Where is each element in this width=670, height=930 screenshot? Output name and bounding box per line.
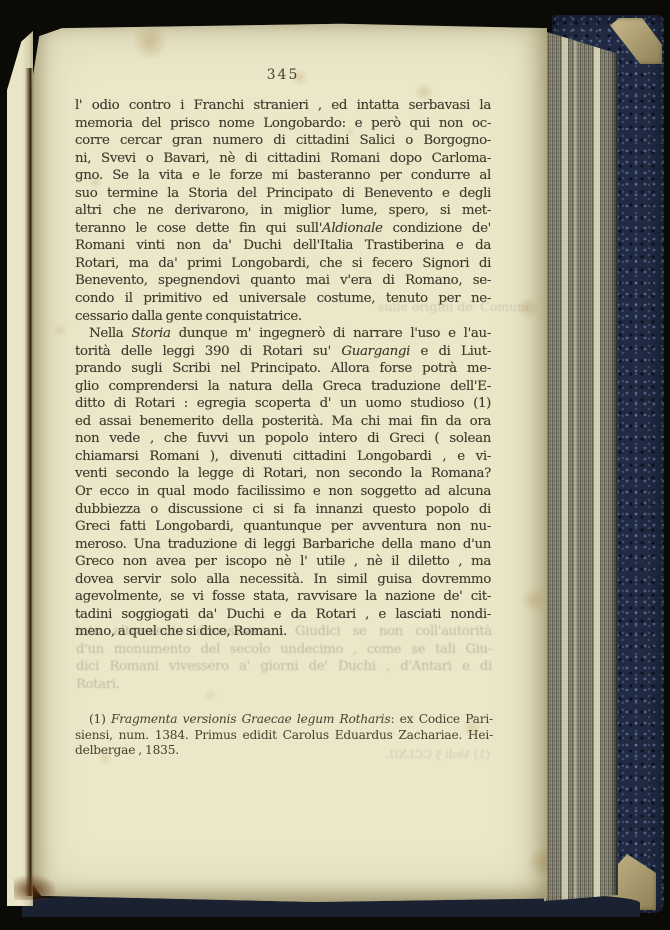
page-fore-edge-stack (544, 24, 618, 902)
text-line: Or ecco in qual modo facilissimo e non s… (75, 483, 491, 501)
text-line: venti secondo la legge di Rotari, non se… (75, 465, 491, 483)
text-line: Nella Storia dunque m' ingegnerò di narr… (75, 325, 491, 343)
text-line: gno. Se la vita e le forze mi basteranno… (75, 167, 491, 185)
text-line: meno, a quel che si dice, Romani. (75, 623, 491, 641)
book-photo: tato altramente dimostrare i Giudici se … (0, 0, 670, 930)
text-line: non vede , che fuvvi un popolo intero di… (75, 430, 491, 448)
text-line: siensi, num. 1384. Primus edidit Carolus… (75, 728, 493, 744)
text-line: glio comprendersi la natura della Greca … (75, 378, 491, 396)
text-line: memoria del prisco nome Longobardo: e pe… (75, 115, 491, 133)
text-line: Greci fatti Longobardi, quantunque per a… (75, 518, 491, 536)
text-line: Romani vinti non da' Duchi dell'Italia T… (75, 237, 491, 255)
text-line: Rotari, ma da' primi Longobardi, che si … (75, 255, 491, 273)
text-line: agevolmente, se vi fosse stata, ravvisar… (75, 588, 491, 606)
text-line: tadini soggiogati da' Duchi e da Rotari … (75, 606, 491, 624)
text-line: dubbiezza o discussione ci si fa innanzi… (75, 501, 491, 519)
text-line: d'un monumento del secolo undecimo , com… (76, 641, 492, 659)
text-line: l' odio contro i Franchi stranieri , ed … (75, 97, 491, 115)
text-line: cessario dalla gente conquistatrice. (75, 308, 491, 326)
text-line: ni, Svevi o Bavari, nè di cittadini Roma… (75, 150, 491, 168)
text-line: corre cercar gran numero di cittadini Sa… (75, 132, 491, 150)
text-line: torità delle leggi 390 di Rotari su' Gua… (75, 343, 491, 361)
text-line: Benevento, spegnendovi quanto mai v'era … (75, 272, 491, 290)
text-line: (1) Fragmenta versionis Graecae legum Ro… (75, 712, 493, 728)
text-line: chiamarsi Romani ), divenuti cittadini L… (75, 448, 491, 466)
text-line: prando sugli Scribi nel Principato. Allo… (75, 360, 491, 378)
page-number: 345 (75, 67, 491, 83)
book-gutter (25, 68, 35, 896)
footnote: (1) Fragmenta versionis Graecae legum Ro… (75, 712, 493, 759)
text-line: altri che ne derivarono, in miglior lume… (75, 202, 491, 220)
text-line: ditto di Rotari : egregia scoperta d' un… (75, 395, 491, 413)
text-line: meroso. Una traduzione di leggi Barbaric… (75, 536, 491, 554)
text-line: suo termine la Storia del Principato di … (75, 185, 491, 203)
text-line: ed assai benemerito della posterità. Ma … (75, 413, 491, 431)
body-text: l' odio contro i Franchi stranieri , ed … (75, 97, 491, 641)
text-line: delbergae , 1835. (75, 743, 493, 759)
text-line: Greco non avea per iscopo nè l' utile , … (75, 553, 491, 571)
gutter-smudge (14, 874, 58, 900)
text-line: Rotari. (76, 676, 492, 694)
text-line: condo il primitivo ed universale costume… (75, 290, 491, 308)
text-line: dici Romani vivessero a' giorni de' Duch… (76, 658, 492, 676)
text-line: dovea servir solo alla necessità. In sim… (75, 571, 491, 589)
text-line: teranno le cose dette fin qui sull'Aldio… (75, 220, 491, 238)
